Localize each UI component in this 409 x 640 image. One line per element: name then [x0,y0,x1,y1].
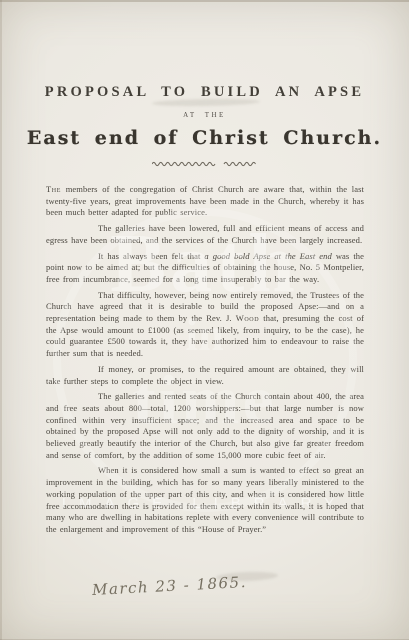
paragraph: It has always been felt that a good bold… [46,251,364,286]
paragraph-segment: When it is considered how small a sum is… [46,465,364,534]
document-masthead: PROPOSAL TO BUILD AN APSE AT THE East en… [0,84,409,173]
pencil-mark-smudge [216,571,278,582]
paragraph-segment: The [46,184,61,194]
paragraph-segment: members of the congregation of Christ Ch… [46,184,364,217]
document-body: The members of the congregation of Chris… [46,184,364,540]
paragraph-segment: a good bold Apse at the East end [204,251,331,261]
paragraph-segment: It has always been felt that [98,251,204,261]
paragraph-segment: The galleries and rented seats of the Ch… [46,391,364,460]
scanned-document-page: PROPOSAL TO BUILD AN APSE AT THE East en… [0,0,409,640]
paragraph: The galleries and rented seats of the Ch… [46,391,364,461]
paragraph-segment: The galleries have been lowered, full an… [46,223,364,245]
paragraph: The members of the congregation of Chris… [46,184,364,219]
church-name-title: East end of Christ Church. [0,127,409,149]
paragraph-segment: If money, or promises, to the required a… [46,364,364,386]
ornament-divider [0,155,409,173]
paragraph-segment: Wood [236,313,259,323]
wavy-rule-icon [152,160,258,168]
document-subtitle: AT THE [0,111,409,119]
paragraph: When it is considered how small a sum is… [46,465,364,535]
paragraph: The galleries have been lowered, full an… [46,223,364,246]
paragraph: That difficulty, however, being now enti… [46,290,364,360]
paragraph: If money, or promises, to the required a… [46,364,364,387]
